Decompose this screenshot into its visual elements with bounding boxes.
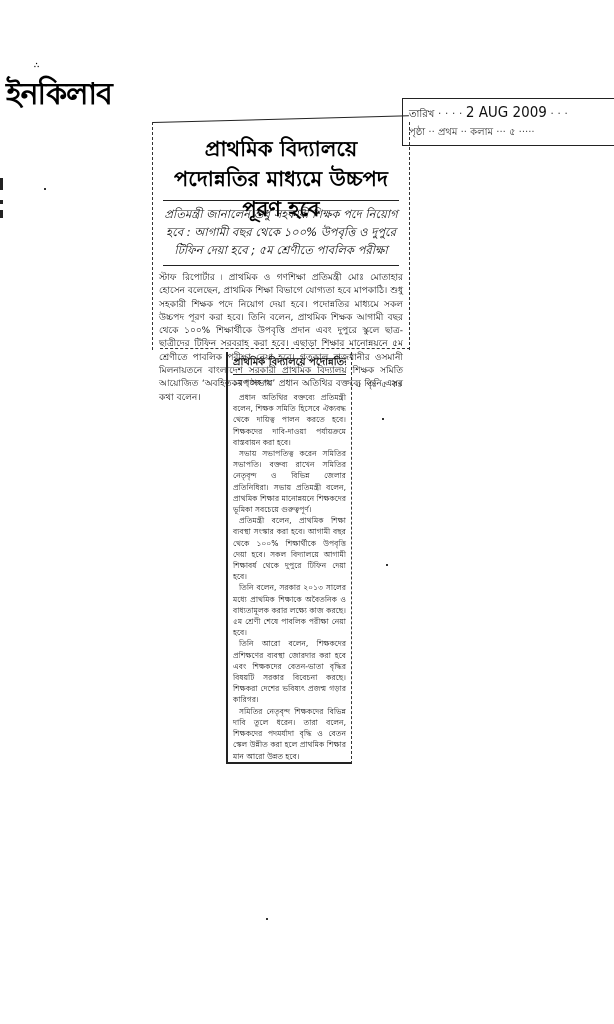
stamp-date-label: তারিখ (409, 109, 434, 120)
continuation-from-label: ১ম পৃষ্ঠার পর (233, 378, 346, 390)
stamp-page-value: প্রথম (438, 127, 458, 138)
clipping-cut-line (160, 348, 410, 349)
paragraph: প্রতিমন্ত্রী বলেন, প্রাথমিক শিক্ষা ব্যবস… (233, 515, 346, 582)
scan-speck (44, 188, 46, 190)
stamp-column-label: কলাম (470, 127, 493, 138)
article-continuation-column: প্রাথমিক বিদ্যালয়ে পদোন্নতির ১ম পৃষ্ঠার… (226, 352, 352, 764)
paragraph: তিনি বলেন, সরকার ২০১৩ সালের মধ্যে প্রাথম… (233, 582, 346, 638)
clipping-date-stamp: তারিখ · · · · 2 AUG 2009 · · · পৃষ্ঠা ··… (402, 98, 614, 146)
paragraph: তিনি আরো বলেন, শিক্ষকদের প্রশিক্ষণের ব্য… (233, 638, 346, 705)
stamp-column-value: ৫ (509, 127, 516, 138)
masthead-ornament: ∴ (34, 60, 38, 70)
article-deck: প্রতিমন্ত্রী জানালেন শুধু সহকারী শিক্ষক … (163, 200, 399, 266)
clipping-cut-line (153, 115, 409, 123)
paragraph: প্রধান অতিথির বক্তব্যে প্রতিমন্ত্রী বলেন… (233, 392, 346, 448)
scan-margin-mark (0, 178, 3, 190)
scan-margin-mark (0, 200, 3, 204)
newspaper-masthead: ∴ ইনকিলাব (6, 70, 112, 121)
stamp-date-value: 2 AUG 2009 (466, 103, 547, 121)
stamp-page-row: পৃষ্ঠা ·· প্রথম ·· কলাম ··· ৫ ····· (409, 125, 535, 142)
continuation-body: প্রধান অতিথির বক্তব্যে প্রতিমন্ত্রী বলেন… (233, 392, 346, 762)
scan-speck (382, 418, 384, 420)
continuation-header: প্রাথমিক বিদ্যালয়ে পদোন্নতির (233, 352, 346, 375)
stamp-date-row: তারিখ · · · · 2 AUG 2009 · · · (409, 103, 568, 124)
stamp-page-label: পৃষ্ঠা (409, 127, 425, 138)
scan-speck (386, 564, 388, 566)
paragraph: সভায় সভাপতিত্ব করেন সমিতির সভাপতি। বক্ত… (233, 448, 346, 515)
newspaper-name: ইনকিলাব (6, 77, 112, 112)
article-clipping-main: প্রাথমিক বিদ্যালয়ে পদোন্নতির মাধ্যমে উচ… (152, 122, 410, 350)
paragraph: সমিতির নেতৃবৃন্দ শিক্ষকদের বিভিন্ন দাবি … (233, 706, 346, 762)
scan-margin-mark (0, 210, 3, 218)
scan-speck (266, 918, 268, 920)
